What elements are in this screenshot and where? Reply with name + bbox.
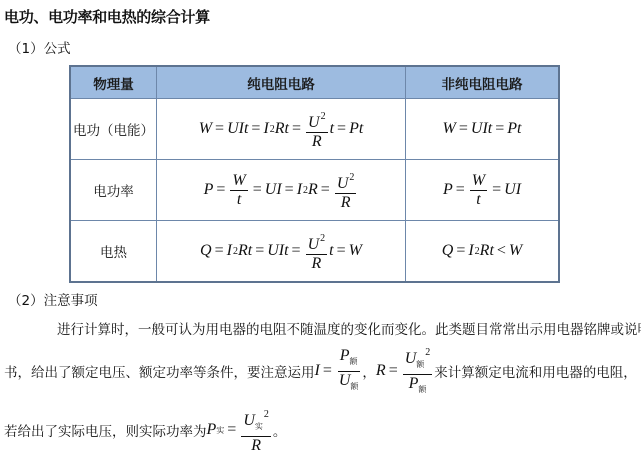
formula-work-nonpure: W=UIt=Pt: [406, 99, 560, 160]
formula-rated-current: I=P额U额: [315, 347, 363, 396]
row-quantity-work: 电功（电能）: [70, 99, 157, 160]
formula-power-nonpure: P=Wt=UI: [406, 160, 560, 221]
row-quantity-heat: 电热: [70, 221, 157, 283]
header-quantity: 物理量: [70, 66, 157, 99]
notes-paragraph-3: 若给出了实际电压，则实际功率为 P实=U实2R 。: [4, 408, 286, 452]
notes-text-2b: 来计算额定电流和用电器的电阻，: [434, 361, 637, 381]
formula-heat-nonpure: Q=I2Rt<W: [406, 221, 560, 283]
table-row: 电功率 P=Wt=UI=I2R=U2R P=Wt=UI: [70, 160, 559, 221]
formula-resistance: R=U额2P额: [376, 344, 434, 399]
table-row: 电功（电能） W=UIt=I2Rt=U2Rt=Pt W=UIt=Pt: [70, 99, 559, 160]
table-row: 电热 Q=I2Rt=UIt=U2Rt=W Q=I2Rt<W: [70, 221, 559, 283]
notes-text-3-end: 。: [273, 420, 287, 440]
section-notes-label: （2）注意事项: [8, 289, 98, 309]
notes-paragraph-1: 进行计算时，一般可认为用电器的电阻不随温度的变化而变化。此类题目常常出示用电器铭…: [57, 318, 641, 338]
formula-heat-pure: Q=I2Rt=UIt=U2Rt=W: [157, 221, 406, 283]
formula-work-pure: W=UIt=I2Rt=U2Rt=Pt: [157, 99, 406, 160]
formula-table: 物理量 纯电阻电路 非纯电阻电路 电功（电能） W=UIt=I2Rt=U2Rt=…: [69, 65, 560, 283]
notes-text-3a: 若给出了实际电压，则实际功率为: [4, 420, 207, 440]
notes-sep: ，: [362, 361, 376, 381]
section-formulas-label: （1）公式: [8, 37, 71, 57]
row-quantity-power: 电功率: [70, 160, 157, 221]
formula-actual-power: P实=U实2R: [207, 406, 273, 455]
document-title: 电功、电功率和电热的综合计算: [4, 6, 210, 27]
notes-text-2a: 书，给出了额定电压、额定功率等条件，要注意运用: [4, 361, 315, 381]
header-non-pure-resistive: 非纯电阻电路: [406, 66, 560, 99]
table-header-row: 物理量 纯电阻电路 非纯电阻电路: [70, 66, 559, 99]
header-pure-resistive: 纯电阻电路: [157, 66, 406, 99]
notes-paragraph-2: 书，给出了额定电压、额定功率等条件，要注意运用 I=P额U额 ， R=U额2P额…: [4, 344, 637, 398]
formula-power-pure: P=Wt=UI=I2R=U2R: [157, 160, 406, 221]
